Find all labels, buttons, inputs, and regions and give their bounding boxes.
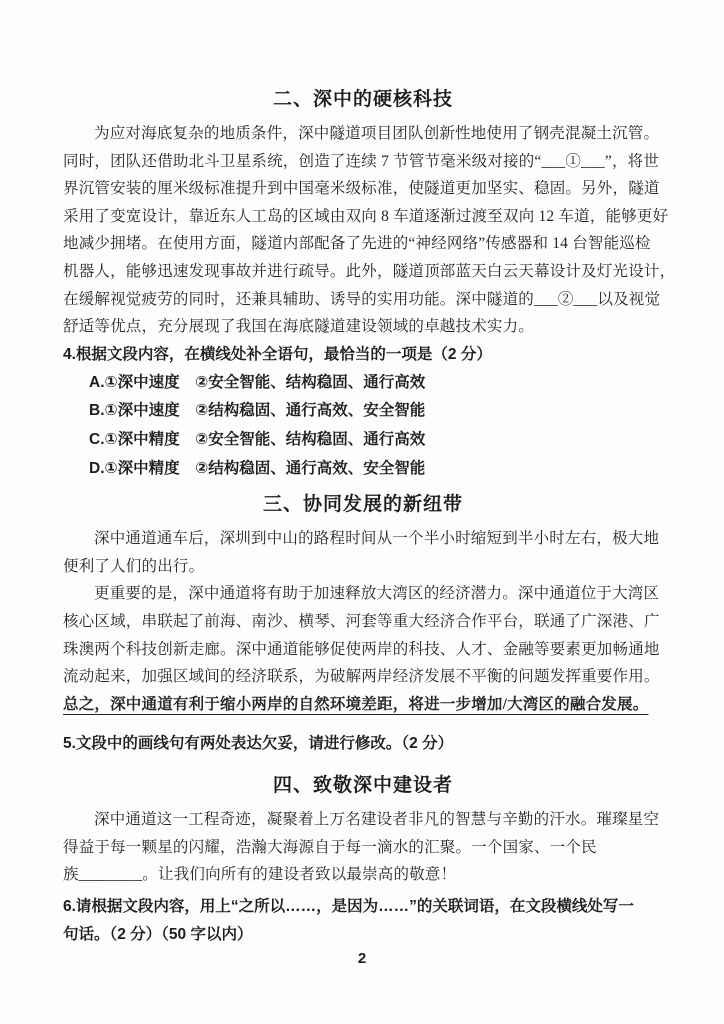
text-line: 更重要的是，深中通道将有助于加速释放大湾区的经济潜力。深中通道位于大湾区 <box>63 580 663 608</box>
text-line: 采用了变宽设计，靠近东人工岛的区域由双向 8 车道逐渐过渡至双向 12 车道，能… <box>63 203 663 231</box>
question-4-option-a: A.①深中速度 ②安全智能、结构稳固、通行高效 <box>63 369 663 398</box>
question-4-option-d: D.①深中精度 ②结构稳固、通行高效、安全智能 <box>63 455 663 484</box>
text-line: 舒适等优点，充分展现了我国在海底隧道建设领域的卓越技术实力。 <box>63 313 663 341</box>
text-line: 在缓解视觉疲劳的同时，还兼具辅助、诱导的实用功能。深中隧道的___②___以及视… <box>63 286 663 314</box>
underlined-sentence: 总之，深中通道有利于缩小两岸的自然环境差距，将进一步增加/大湾区的融合发展。 <box>63 691 663 719</box>
section-3-title: 三、协同发展的新纽带 <box>63 493 663 517</box>
question-5-stem: 5.文段中的画线句有两处表达欠妥，请进行修改。（2 分） <box>63 730 663 758</box>
question-6-stem-line-1: 6.请根据文段内容，用上“之所以……，是因为……”的关联词语，在文段横线处写一 <box>63 893 663 921</box>
text-line: 便利了人们的出行。 <box>63 553 663 581</box>
text-line: 地减少拥堵。在使用方面，隧道内部配备了先进的“神经网络”传感器和 14 台智能巡… <box>63 230 663 258</box>
question-6-stem-line-2: 句话。（2 分）（50 字以内） <box>63 921 663 949</box>
question-4-option-b: B.①深中速度 ②结构稳固、通行高效、安全智能 <box>63 397 663 426</box>
section-4-title: 四、致敬深中建设者 <box>63 774 663 798</box>
text-line: 得益于每一颗星的闪耀，浩瀚大海源自于每一滴水的汇聚。一个国家、一个民 <box>63 834 663 862</box>
text-line: 珠澳两个科技创新走廊。深中通道能够促使两岸的科技、人才、金融等要素更加畅通地 <box>63 636 663 664</box>
text-line: 深中通道通车后，深圳到中山的路程时间从一个半小时缩短到半小时左右，极大地 <box>63 525 663 553</box>
text-line: 机器人，能够迅速发现事故并进行疏导。此外，隧道顶部蓝天白云天幕设计及灯光设计， <box>63 258 663 286</box>
text-line: 深中通道这一工程奇迹，凝聚着上万名建设者非凡的智慧与辛勤的汗水。璀璨星空 <box>63 806 663 834</box>
question-4-option-c: C.①深中精度 ②安全智能、结构稳固、通行高效 <box>63 426 663 455</box>
exam-paper-page: 二、深中的硬核科技 为应对海底复杂的地质条件，深中隧道项目团队创新性地使用了钢壳… <box>0 0 724 1024</box>
text-line: 为应对海底复杂的地质条件，深中隧道项目团队创新性地使用了钢壳混凝土沉管。 <box>63 120 663 148</box>
text-line: 界沉管安装的厘米级标准提升到中国毫米级标准，使隧道更加坚实、稳固。另外，隧道 <box>63 175 663 203</box>
text-line: 核心区域，串联起了前海、南沙、横琴、河套等重大经济合作平台，联通了广深港、广 <box>63 608 663 636</box>
text-line: 同时，团队还借助北斗卫星系统，创造了连续 7 节管节毫米级对接的“___①___… <box>63 148 663 176</box>
text-line: 流动起来，加强区域间的经济联系，为破解两岸经济发展不平衡的问题发挥重要作用。 <box>63 663 663 691</box>
question-4-stem: 4.根据文段内容，在横线处补全语句，最恰当的一项是（2 分） <box>63 341 663 369</box>
section-2-title: 二、深中的硬核科技 <box>63 88 663 112</box>
page-number: 2 <box>0 950 724 967</box>
page-content: 二、深中的硬核科技 为应对海底复杂的地质条件，深中隧道项目团队创新性地使用了钢壳… <box>63 88 663 949</box>
text-line: 族________。让我们向所有的建设者致以最崇高的敬意！ <box>63 861 663 889</box>
